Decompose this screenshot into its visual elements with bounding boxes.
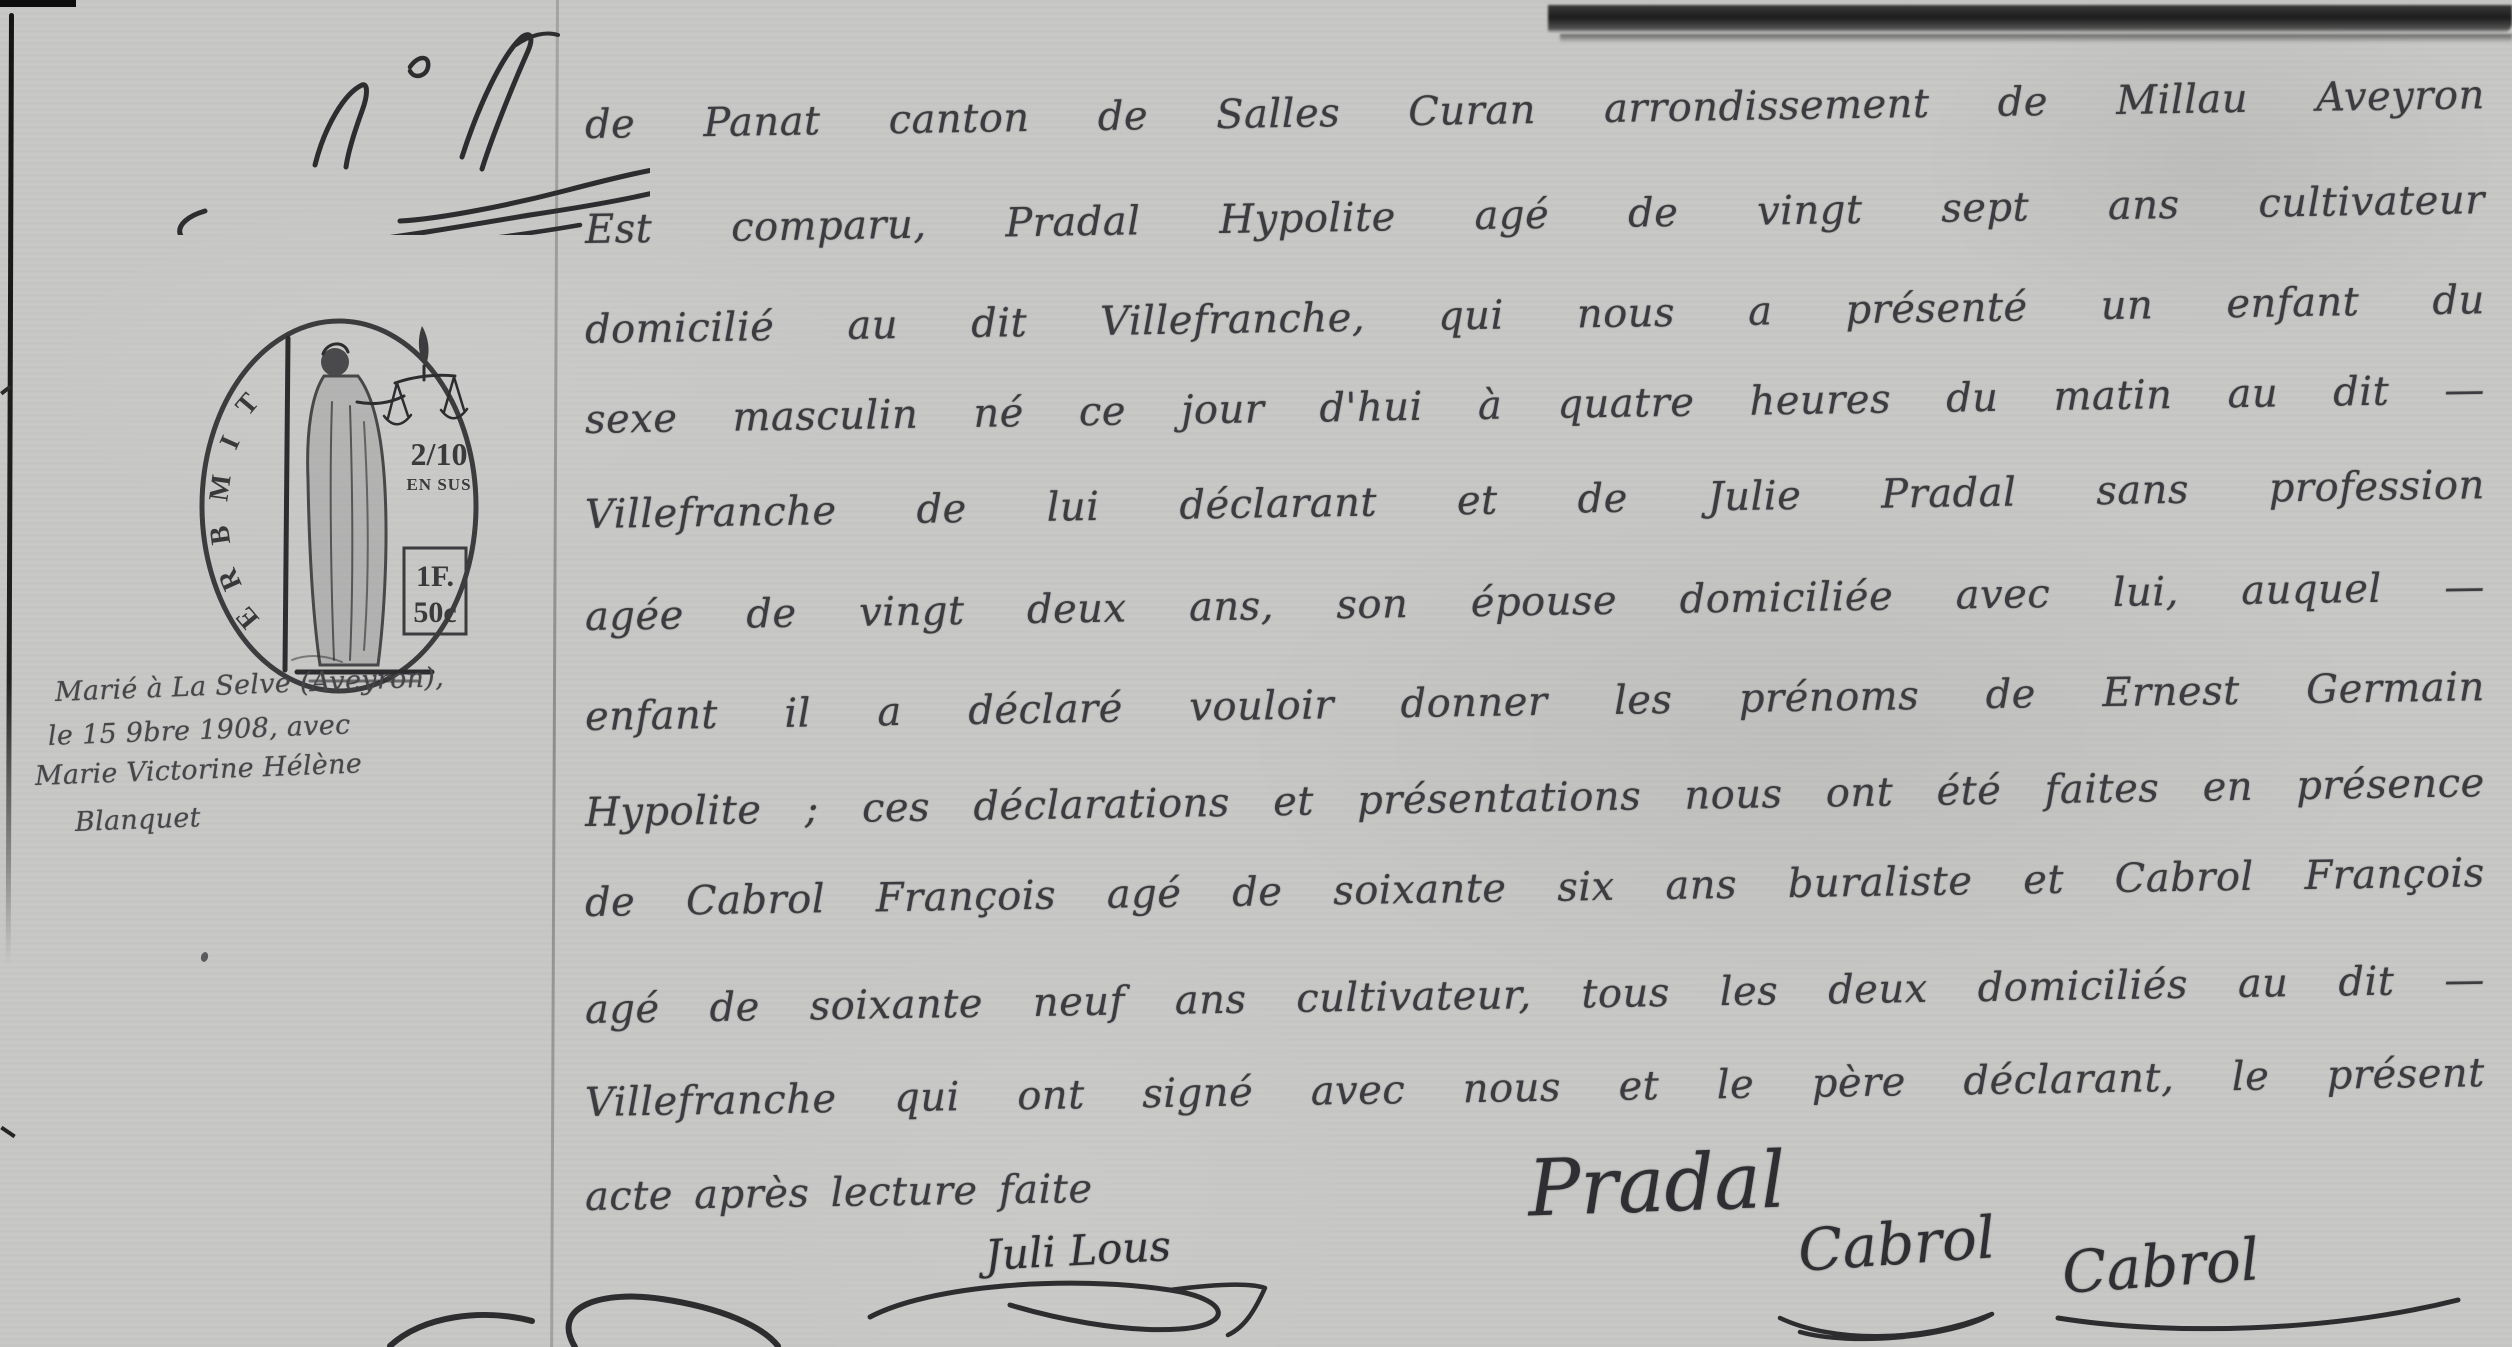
- scan-edge-top-band: [1548, 5, 2512, 33]
- stamp-border-word: T I M B R E: [203, 387, 265, 634]
- signature-witness-1: Cabrol: [1796, 1203, 1998, 1285]
- fiscal-stamp: T I M B R E: [192, 310, 486, 702]
- svg-text:1F.: 1F.: [416, 560, 454, 593]
- signature-witness-2: Cabrol: [2060, 1225, 2262, 1307]
- svg-text:T: T: [230, 387, 266, 421]
- witness1-signature-flourish: [1770, 1298, 2010, 1347]
- margin-note-line: Marie Victorine Hélène: [34, 749, 362, 792]
- stamp-border: [202, 321, 476, 691]
- scan-edge-top-band-shadow: [1560, 34, 2512, 43]
- svg-text:2/10: 2/10: [411, 436, 468, 472]
- act-closing-line: acte après lecture faite: [585, 1166, 1093, 1220]
- scales-icon: [384, 326, 467, 424]
- margin-note-line: Marié à La Selve (Aveyron),: [54, 663, 444, 708]
- stamp-value: 1F. 50c: [404, 548, 466, 634]
- signature-declarant: Pradal: [1527, 1136, 1788, 1235]
- act-text-line: Est comparu, Pradal Hypolite agé de ving…: [585, 177, 2485, 253]
- margin-note-line: Blanquet: [74, 803, 201, 838]
- svg-text:B: B: [204, 524, 237, 547]
- signature-officiant: Juli Lous: [984, 1221, 1172, 1280]
- act-text-line: Hypolite ; ces déclarations et présentat…: [585, 760, 2485, 836]
- register-page: T I M B R E: [0, 0, 2512, 1347]
- stamp-surtax: 2/10 EN SUS: [406, 436, 471, 494]
- ink-dot: [200, 951, 209, 962]
- margin-note-line: le 15 9bre 1908, avec: [47, 710, 351, 752]
- margin-rule-line: [550, 0, 559, 1347]
- svg-text:R: R: [212, 563, 249, 595]
- bottom-cut-flourish: [360, 1286, 790, 1347]
- act-text-line: sexe masculin né ce jour d'hui à quatre …: [585, 367, 2485, 443]
- svg-text:I: I: [214, 431, 247, 454]
- binding-rule-line: [6, 13, 14, 965]
- justice-figure-icon: [285, 338, 432, 681]
- act-text-line: agé de soixante neuf ans cultivateur, to…: [585, 957, 2485, 1033]
- act-text-line: domicilié au dit Villefranche, qui nous …: [585, 277, 2485, 353]
- edge-mark: [0, 1126, 16, 1138]
- act-text-line: de Cabrol François agé de soixante six a…: [585, 850, 2485, 926]
- scan-edge-top-left: [0, 0, 76, 7]
- svg-text:E: E: [230, 600, 266, 634]
- svg-text:M: M: [203, 473, 237, 503]
- act-text-line: Villefranche de lui déclarant et de Juli…: [585, 462, 2485, 538]
- act-text-line: agée de vingt deux ans, son épouse domic…: [585, 564, 2485, 640]
- act-text-line: enfant il a déclaré vouloir donner les p…: [585, 664, 2485, 740]
- act-text-line: de Panat canton de Salles Curan arrondis…: [585, 72, 2485, 148]
- svg-text:50c: 50c: [413, 596, 456, 629]
- act-text-line: Villefranche qui ont signé avec nous et …: [585, 1050, 2485, 1126]
- paraph-flourish: [110, 15, 650, 235]
- svg-text:EN SUS: EN SUS: [406, 475, 471, 494]
